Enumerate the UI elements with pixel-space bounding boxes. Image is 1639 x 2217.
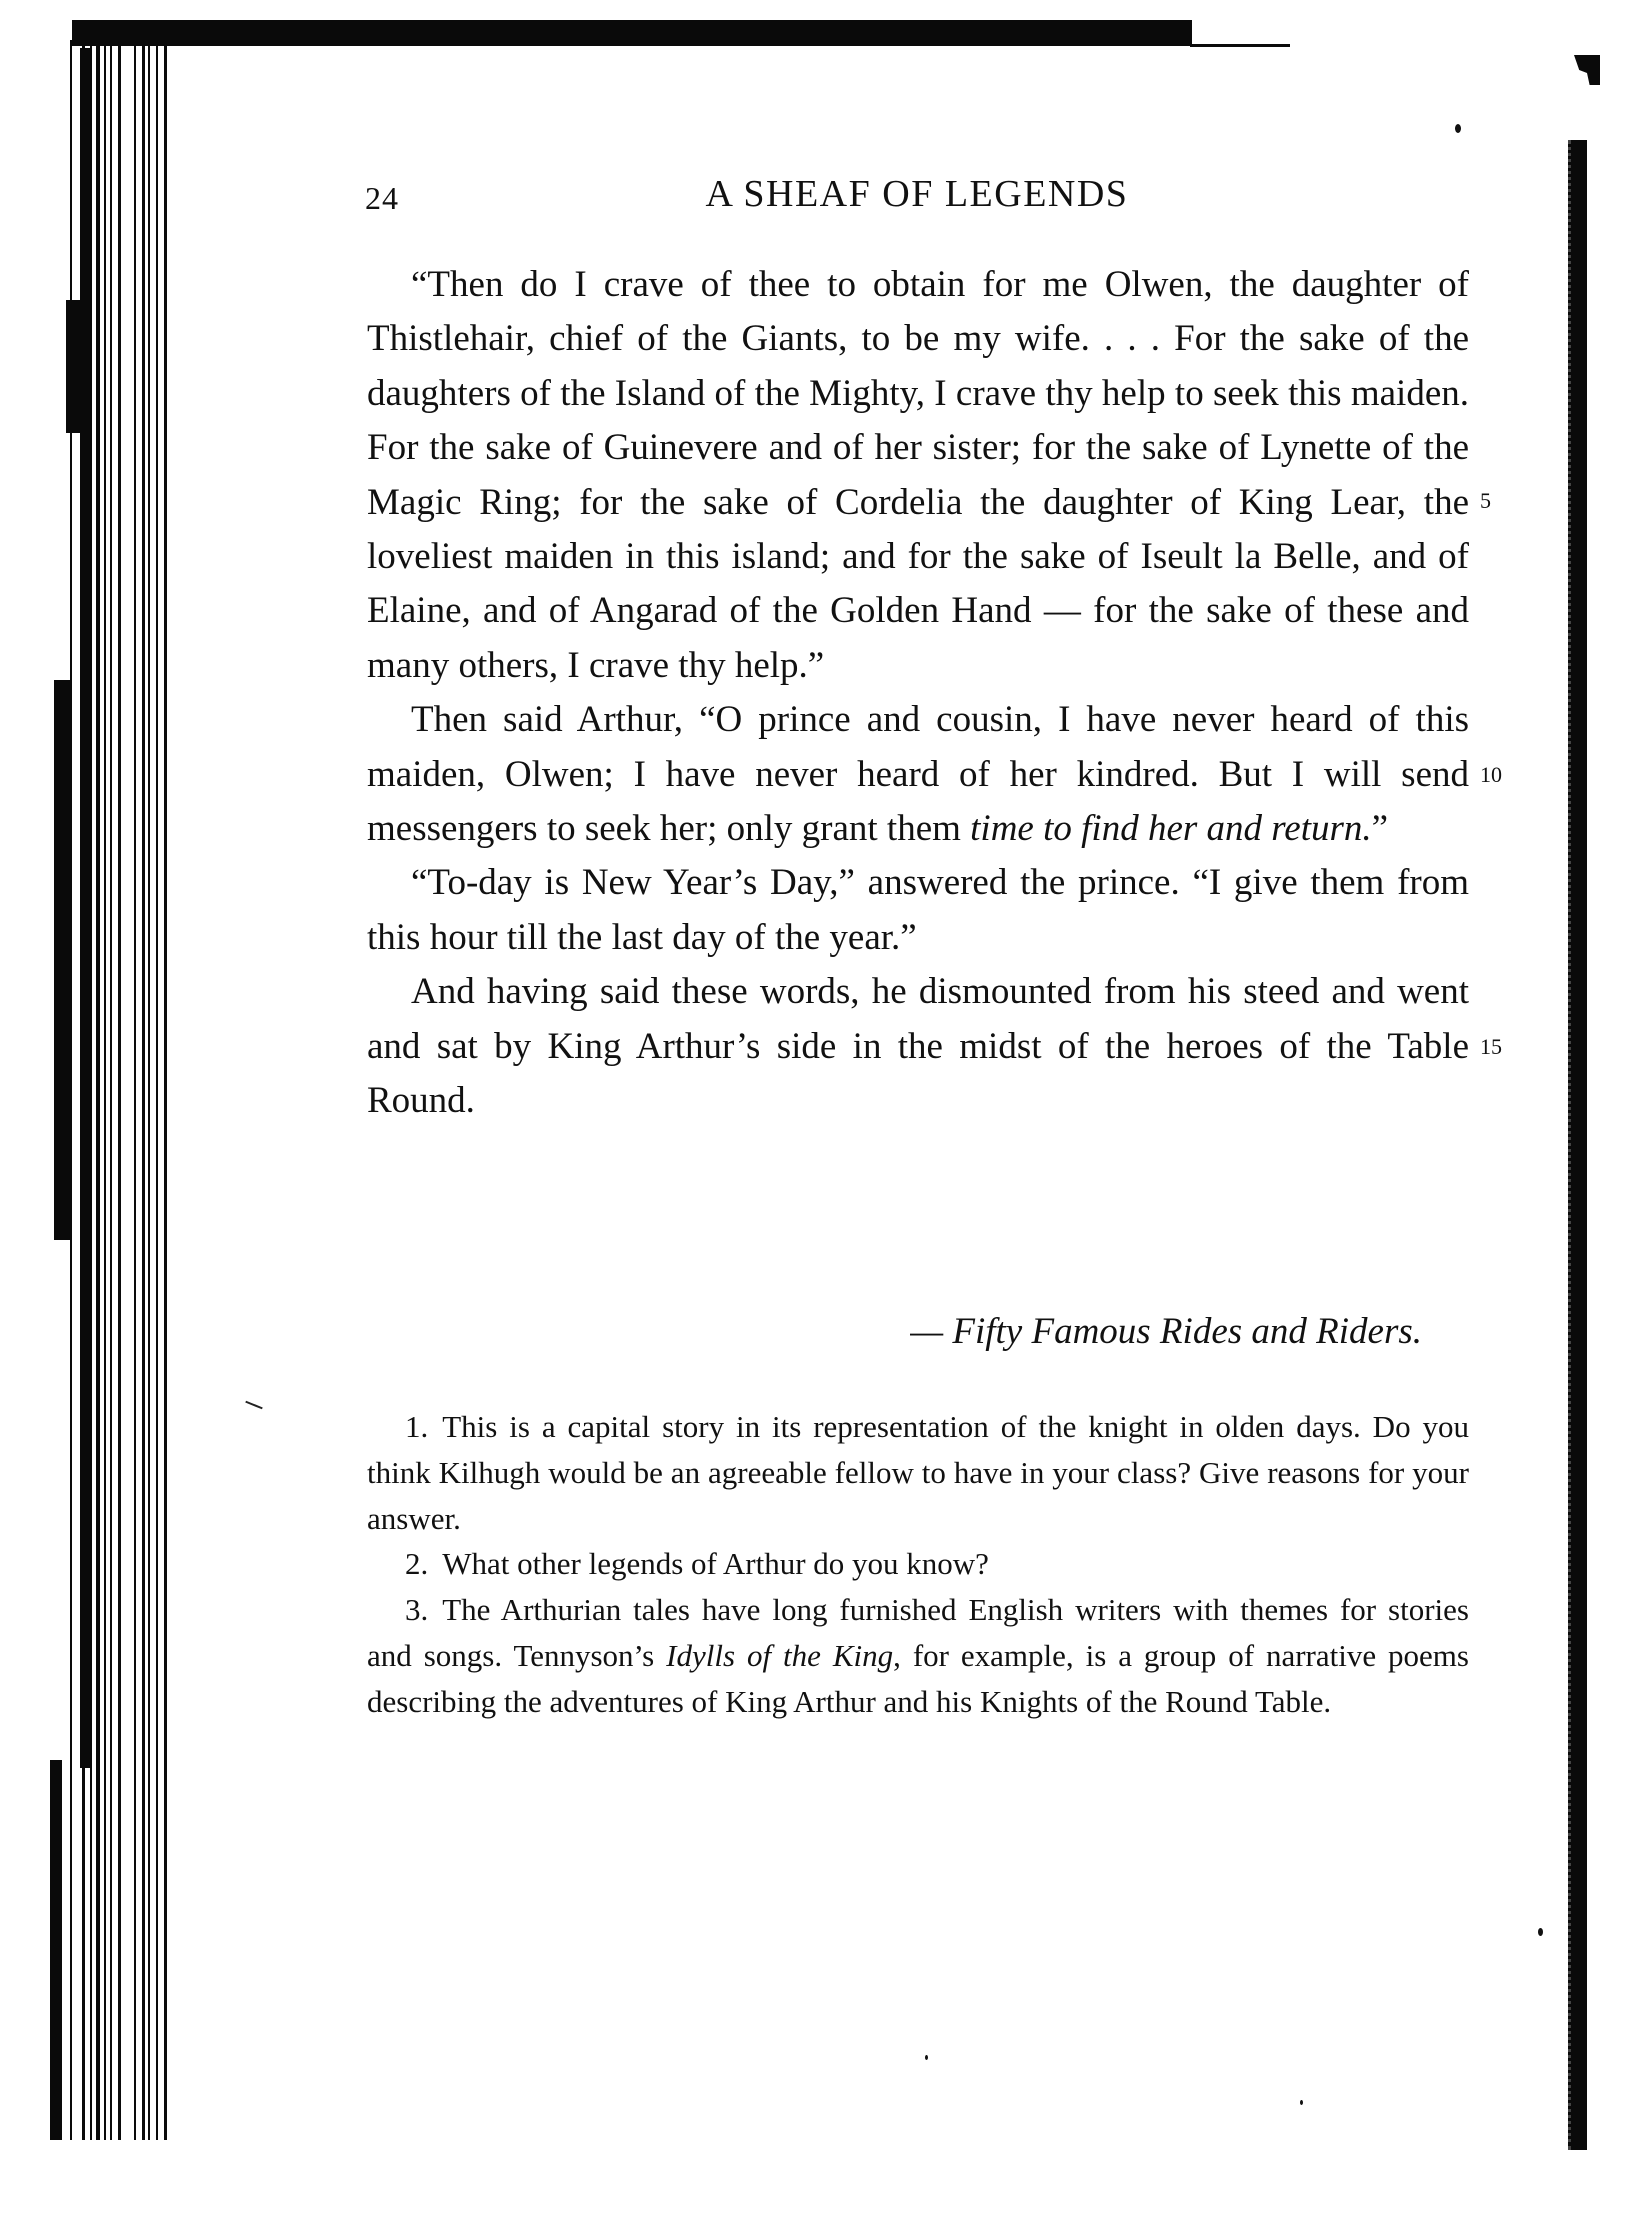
scan-speck [1538, 1928, 1543, 1936]
page-header: 24 A SHEAF OF LEGENDS [365, 172, 1469, 222]
scan-corner-mark [1574, 55, 1600, 85]
study-questions: 1.This is a capital story in its represe… [367, 1404, 1469, 1725]
scan-speck [925, 2055, 928, 2060]
scan-speck [1455, 124, 1461, 133]
paragraph: Then said Arthur, “O prince and cousin, … [367, 693, 1469, 856]
paragraph: “Then do I crave of thee to obtain for m… [367, 258, 1469, 693]
running-title: A SHEAF OF LEGENDS [365, 172, 1469, 216]
question-item: 2.What other legends of Arthur do you kn… [367, 1541, 1469, 1587]
question-item: 3.The Arthurian tales have long furnishe… [367, 1587, 1469, 1724]
line-number: 5 [1480, 488, 1491, 514]
question-item: 1.This is a capital story in its represe… [367, 1404, 1469, 1541]
line-number: 15 [1480, 1034, 1502, 1060]
story-body: “Then do I crave of thee to obtain for m… [367, 258, 1469, 1129]
binding-shadow [50, 1760, 62, 2140]
source-attribution: — Fifty Famous Rides and Riders. [367, 1310, 1422, 1353]
binding-shadow [54, 680, 72, 1240]
scan-top-border [72, 20, 1192, 46]
binding-shadow [80, 48, 90, 1768]
scan-mark [245, 1401, 262, 1410]
scan-speck [1300, 2100, 1303, 2105]
scan-top-border-tail [1190, 44, 1290, 47]
binding-shadow [66, 300, 80, 433]
paragraph: And having said these words, he dismount… [367, 965, 1469, 1128]
paragraph: “To-day is New Year’s Day,” answered the… [367, 856, 1469, 965]
line-number: 10 [1480, 762, 1502, 788]
page-right-edge-shadow [1568, 140, 1587, 2150]
